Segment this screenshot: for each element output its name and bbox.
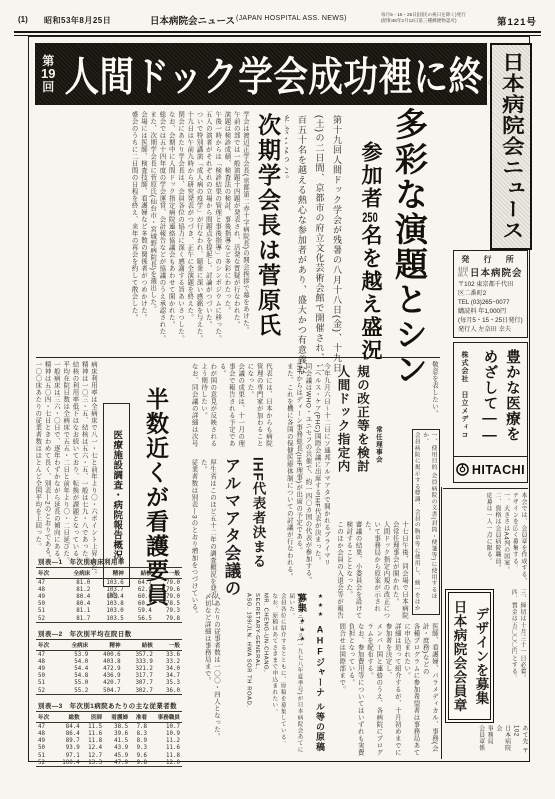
table-cell: 45.9 bbox=[104, 752, 130, 759]
badge-intro-column: 本会では、会員章を作成する。 bbox=[518, 492, 527, 586]
table-staff-per-hospital: 別表―3 年次別1病院あたりの主な従業者数 年次総数医師看護婦准看事務職員 47… bbox=[32, 701, 184, 767]
banner-headline: 人間ドック学会成功裡に終る bbox=[65, 45, 519, 102]
table-cell: 103.0 bbox=[92, 608, 126, 615]
right-column-divider bbox=[441, 487, 442, 759]
table-ref: 別表―3 bbox=[38, 703, 63, 710]
table-row: 5255.2504.7302.736.0 bbox=[36, 687, 182, 695]
table-cell: 50 bbox=[36, 601, 60, 608]
paper-title-en: (JAPAN HOSPITAL ASS. NEWS) bbox=[236, 15, 347, 22]
committee-headline-block: 人間ドック指定内 規の改正等を検討 常任理事会 bbox=[335, 365, 409, 517]
table-cell: 81.7 bbox=[60, 615, 93, 623]
table-header-cell: 総数 bbox=[55, 712, 82, 723]
table-ref: 別表―2 bbox=[38, 631, 63, 638]
table-header-cell: 一般 bbox=[154, 568, 182, 579]
table-cell: 51 bbox=[36, 680, 59, 687]
body-column: 十九日は午前九時から研究発表がつづき、正午に全演題を終えた。 bbox=[185, 111, 194, 355]
committee-headline-left: 規の改正等を検討 bbox=[354, 365, 369, 517]
newspaper-page: (1) 昭和53年8月25日 日本病院会ニュース (JAPAN HOSPITAL… bbox=[0, 0, 555, 799]
table-bed-utilization: 別表―1 年次別病床利用率 年次全病床精神結核一般 4781.0103.664.… bbox=[32, 557, 184, 623]
body-column: 盛会のうちに二日間の日程を終え、来年の再会を約して散会した。 bbox=[129, 111, 138, 355]
page-number: (1) bbox=[18, 15, 28, 24]
table-cell: 49 bbox=[36, 666, 59, 673]
usage-purpose-box: 一、使用目的 会員病院の文書(封筒・便箋等)に使用するほか、会員病院に掲示する標… bbox=[412, 429, 440, 615]
survey-series-label: 医療施設調査・病院報告概況 bbox=[112, 430, 122, 560]
body-column: ついで特別講演「成人病の疫学」が行なわれ、聴衆に深い感銘を与えた。 bbox=[194, 111, 203, 355]
table-cell: 8.9 bbox=[130, 738, 149, 745]
table-cell: 78.5 bbox=[154, 601, 182, 608]
issue-info: 毎月5・15・25日(国民の祝日を除く)発行 (昭和45年2月12日第三種郵便物… bbox=[381, 12, 466, 23]
table-title: 年次別平均在院日数 bbox=[70, 631, 132, 638]
ad-company: 株式会社 日立メディコ bbox=[459, 351, 469, 451]
body-column: 午後一時からは「検診結果の管理と事後指導」のシンポジウムに移った。 bbox=[213, 111, 222, 355]
misc-right-column: 詳細は追って紹介するが、十月初めまでに参加者を決定し、 bbox=[383, 623, 402, 757]
body-column: 五人の演者がそれぞれの立場から問題点を提起し、討論がつづいた。 bbox=[204, 111, 213, 355]
table-cell: 47 bbox=[36, 723, 55, 731]
body-column: 会場には医師、検査技師、看護婦など多数の関係者がつめかけた。 bbox=[139, 111, 148, 355]
table-cell: 51 bbox=[36, 752, 55, 759]
table-cell: 11.8 bbox=[82, 738, 104, 745]
table-cell: 81.2 bbox=[60, 586, 93, 593]
hitachi-logo-text: HITACHI bbox=[472, 463, 525, 477]
table-cell: 321.2 bbox=[123, 666, 155, 673]
banner-headline-block: 第 19 回 人間ドック学会成功裡に終る bbox=[35, 43, 487, 105]
table-cell: 52 bbox=[36, 615, 60, 623]
journal-body-column: MR. CHENG-UN-CHANG, bbox=[261, 593, 269, 757]
committee-body: 十七日午後、同会場で日本病院会常任理事会が開かれた。人間ドック指定内規の改正につ… bbox=[335, 521, 409, 619]
publisher-line: 区二番町2 bbox=[458, 290, 523, 299]
table-row: 52100.413.347.99.812.0 bbox=[36, 759, 182, 767]
table-cell: 54.0 bbox=[59, 658, 90, 665]
badge-bottom-column: 事務局 bbox=[485, 725, 494, 757]
table-header-cell: 一般 bbox=[155, 640, 182, 651]
journal-headline-right: AHFジャーナ bbox=[315, 624, 325, 697]
table-header-row: 年次全病床精神結核一般 bbox=[36, 640, 182, 651]
table-cell: 13.3 bbox=[82, 759, 104, 767]
table-cell: 8.3 bbox=[130, 730, 149, 737]
table-cell: 34.0 bbox=[155, 666, 182, 673]
table-header-cell: 医師 bbox=[82, 712, 104, 723]
header-rule bbox=[14, 31, 541, 36]
publisher-line: (毎月5・15・25日発行) bbox=[458, 317, 523, 326]
table-cell: 504.7 bbox=[90, 687, 122, 695]
next-chair-headline: 次期学会長は菅原氏 bbox=[253, 113, 285, 367]
hitachi-ad: 豊かな医療をめざして―― 株式会社 日立メディコ HITACHI bbox=[453, 342, 528, 483]
table-caption: 別表―3 年次別1病院あたりの主な従業者数 bbox=[38, 701, 184, 710]
table-row: 5197.112.745.99.611.8 bbox=[36, 752, 182, 759]
table-header-cell: 年次 bbox=[36, 712, 55, 723]
badge-bottom: あて先 〒102日本病院会事務局会員章係 bbox=[443, 725, 528, 757]
table-row: 5181.1103.059.479.3 bbox=[36, 608, 182, 615]
table-cell: 52 bbox=[36, 687, 59, 695]
table-row: 4854.0403.8333.933.2 bbox=[36, 658, 182, 665]
issue-info-line2: (昭和45年2月12日第三種郵便物認可) bbox=[381, 18, 457, 23]
table-cell: 47 bbox=[36, 651, 59, 659]
table-cell: 56.5 bbox=[126, 615, 154, 623]
table-header-cell: 全病床 bbox=[60, 568, 93, 579]
badge-bottom-column: あて先 〒102 bbox=[511, 725, 528, 757]
table-header-cell: 年次 bbox=[36, 640, 59, 651]
table-cell: 33.2 bbox=[155, 658, 182, 665]
table-row: 4980.4103.460.679.0 bbox=[36, 593, 182, 600]
misc-left-column: 〆切など詳細は事務局まで。 bbox=[202, 593, 211, 757]
badge-side: 三、締切は十月三十一日必着。四、賞金は五〇〇〇円とする。 bbox=[496, 589, 526, 721]
table-row: 4781.0103.664.779.0 bbox=[36, 579, 182, 587]
committee-body-column: このほか会員の入退会等が報告され、了承された。 bbox=[335, 521, 344, 619]
table-avg-stay: 別表―2 年次別平均在院日数 年次全病床精神結核一般 4753.9400.635… bbox=[32, 629, 184, 695]
subheadline-pre: 参加者 bbox=[359, 141, 382, 210]
table-cell: 9.3 bbox=[130, 745, 149, 752]
table-row: 4784.411.538.57.810.7 bbox=[36, 723, 182, 731]
badge-intro: 本会では、会員章を作成する。デザインを広く募集する。一、大きさはA4判の図案。二… bbox=[445, 492, 527, 586]
table-header-cell: 精神 bbox=[92, 568, 126, 579]
table-header-cell: 全病床 bbox=[59, 640, 90, 651]
table-body: 4753.9400.6357.233.64854.0403.8333.933.2… bbox=[36, 651, 182, 695]
table-cell: 302.7 bbox=[123, 687, 155, 695]
table-header-cell: 准看 bbox=[130, 712, 149, 723]
table-cell: 10.7 bbox=[149, 723, 182, 731]
edition-number: 19 bbox=[41, 67, 55, 81]
table-cell: 103.8 bbox=[92, 601, 126, 608]
table-cell: 11.8 bbox=[149, 752, 182, 759]
alma-ata-body: 今年九月六日〜十二日にソ連邦アルマアタで開かれるプライマリ・ヘルス・ケア(PHC… bbox=[279, 363, 331, 619]
table-cell: 472.9 bbox=[90, 666, 122, 673]
alma-body-column: IHFからはディーン事務総長(IHF理事)が出席の予定である。 bbox=[294, 363, 303, 619]
table-cell: 50 bbox=[36, 673, 59, 680]
journal-body-column: ▼AHPニュース(一九七八年夏季号)が日本病院会あてに届いた。 bbox=[286, 593, 303, 757]
publisher-line: 発行人 左奈田 幸夫 bbox=[458, 326, 523, 335]
table-cell: 357.2 bbox=[123, 651, 155, 659]
table-cell: 48 bbox=[36, 586, 60, 593]
misc-right-column: 各種プログラムに参加希望者は事務局あてに申込まれたい。 bbox=[402, 623, 421, 757]
table-header-cell: 看護婦 bbox=[104, 712, 130, 723]
badge-side-column: 四、賞金は五〇〇〇円とする。 bbox=[509, 589, 518, 721]
table-cell: 50 bbox=[36, 745, 55, 752]
table-cell: 403.8 bbox=[90, 658, 122, 665]
table-cell: 47.9 bbox=[104, 759, 130, 767]
badge-side-column: 三、締切は十月三十一日必着。 bbox=[517, 589, 526, 721]
table-cell: 7.8 bbox=[130, 723, 149, 731]
journal-body: ▼AHPニュース(一九七八年夏季号)が日本病院会あてに届いた。会員各位に紹介する… bbox=[225, 593, 303, 757]
table-header-cell: 事務職員 bbox=[149, 712, 182, 723]
table-cell: 9.8 bbox=[130, 759, 149, 767]
table-row: 4989.711.841.58.911.2 bbox=[36, 738, 182, 745]
journal-body-column: SECRETARY-GENERAL, bbox=[253, 593, 261, 757]
table-cell: 51 bbox=[36, 608, 60, 615]
masthead-title: 日本病院会ニュース bbox=[495, 52, 527, 241]
usage-line: 会員病院に掲示する標識、会員の胸章等に使用し、統一をはかる。 bbox=[415, 432, 420, 612]
closing-text: 敬意を表したい。 bbox=[430, 361, 439, 427]
table-row: 4753.9400.6357.233.6 bbox=[36, 651, 182, 659]
table-cell: 79.0 bbox=[154, 593, 182, 600]
misc-right-column: 医師、看護婦、パラメディカル、事務(会計・庶務)などの bbox=[420, 623, 439, 757]
table-cell: 33.6 bbox=[155, 651, 182, 659]
page-header: (1) 昭和53年8月25日 日本病院会ニュース (JAPAN HOSPITAL… bbox=[0, 12, 555, 32]
table-cell: 81.0 bbox=[60, 579, 93, 587]
body-column: なお、会期中に人間ドック指定病院連絡協議会もあわせて開かれた。 bbox=[166, 111, 175, 355]
table-cell: 35.3 bbox=[155, 680, 182, 687]
table: 年次全病床精神結核一般 4781.0103.664.779.04881.2103… bbox=[36, 567, 182, 623]
badge-headline-right: 日本病院会会員章 bbox=[449, 600, 469, 712]
alma-more-column: 会議の成果は、十一月の理事会で報告される予定である。 bbox=[217, 363, 245, 453]
table-cell: 333.9 bbox=[123, 658, 155, 665]
badge-bottom-column: 日本病院会 bbox=[493, 725, 510, 757]
table-cell: 79.8 bbox=[154, 615, 182, 623]
table-cell: 317.7 bbox=[123, 673, 155, 680]
journal-body-column: 会員各位に紹介するとともに、原稿を募集している。 bbox=[278, 593, 286, 757]
table-cell: 79.0 bbox=[154, 579, 182, 587]
misc-right-column: 問合せは国際部まで。 bbox=[337, 623, 346, 757]
table-cell: 55.0 bbox=[59, 680, 90, 687]
body-column: 学会は渡辺正学会長(京都第二赤十字病院長)の開会挨拶で幕をあけた。 bbox=[241, 111, 250, 355]
paper-title-jp: 日本病院会ニュース bbox=[150, 13, 235, 27]
alma-more-column: なお、同会議の詳細は次号で紹介する。 bbox=[189, 363, 199, 453]
badge-intro-column: デザインを広く募集する。 bbox=[510, 492, 519, 586]
badge-intro-column: 二、資格は会員病院職員。 bbox=[492, 492, 501, 586]
badge-intro-column: 一、大きさはA4判の図案。 bbox=[501, 492, 510, 586]
misc-right-column: なお、参加費用等についてはいずれも実費負担となっている。 bbox=[346, 623, 365, 757]
misc-right-column: メンバー国と連絡のうえ、各病院にプログラムを配布する。 bbox=[365, 623, 384, 757]
main-article-body: 学会は渡辺正学会長(京都第二赤十字病院長)の開会挨拶で幕をあけた。午前の部では一… bbox=[36, 111, 250, 355]
table-cell: 103.5 bbox=[92, 615, 126, 623]
lead-paragraph: 第十九回人間ドック学会が残暑の八月十八日(金)、十九日(土)の二日間、京都市の府… bbox=[285, 115, 345, 379]
table-cell: 52 bbox=[36, 759, 55, 767]
publisher-org-name: 日本病院会 bbox=[470, 267, 523, 281]
table-cell: 84.4 bbox=[55, 723, 82, 731]
section-divider bbox=[36, 357, 440, 358]
table-cell: 43.9 bbox=[104, 745, 130, 752]
table-cell: 59.4 bbox=[126, 608, 154, 615]
table-cell: 54.8 bbox=[59, 673, 90, 680]
misc-left-column: 人あたりの従事者数は一〇〇・四人となった。 bbox=[212, 593, 221, 757]
journal-body-column: なお、原稿はあてさきまで申込まれたい。 bbox=[269, 593, 277, 757]
hitachi-logo-icon bbox=[456, 463, 469, 476]
table-cell: 103.4 bbox=[92, 593, 126, 600]
table-cell: 89.7 bbox=[55, 738, 82, 745]
issue-date: 昭和53年8月25日 bbox=[44, 15, 111, 26]
table-cell: 47 bbox=[36, 579, 60, 587]
table-cell: 420.7 bbox=[90, 680, 122, 687]
table-cell: 48 bbox=[36, 730, 55, 737]
table-header-row: 年次総数医師看護婦准看事務職員 bbox=[36, 712, 182, 723]
table-cell: 400.6 bbox=[90, 651, 122, 659]
alma-more-column: わが国の意見が反映されるよう期待したい。 bbox=[199, 363, 218, 453]
table-cell: 49 bbox=[36, 738, 55, 745]
table-cell: 11.5 bbox=[82, 723, 104, 731]
edition-label: 第 19 回 bbox=[41, 55, 55, 94]
table-cell: 80.4 bbox=[60, 593, 93, 600]
table-title: 年次別病床利用率 bbox=[70, 559, 125, 566]
body-column: 午前の部では一般演題十四題が発表され、活発な質疑が行なわれた。 bbox=[231, 111, 240, 355]
subheadline-number: 250 bbox=[362, 210, 378, 224]
publisher-label: 発 行 所 bbox=[458, 254, 523, 266]
publisher-line: 〒102 東京都千代田 bbox=[458, 281, 523, 290]
table-header-row: 年次全病床精神結核一般 bbox=[36, 568, 182, 579]
table-cell: 53.9 bbox=[59, 651, 90, 659]
badge-intro-column: 応募は一人一点に限る。 bbox=[484, 492, 493, 586]
table-cell: 12.4 bbox=[82, 745, 104, 752]
table-cell: 34.7 bbox=[155, 673, 182, 680]
table-header-cell: 結核 bbox=[126, 568, 154, 579]
table-cell: 79.6 bbox=[154, 586, 182, 593]
statistics-tables: 別表―1 年次別病床利用率 年次全病床精神結核一般 4781.0103.664.… bbox=[32, 557, 184, 757]
masthead-box: 日本病院会ニュース bbox=[490, 43, 532, 250]
table-cell: 100.4 bbox=[55, 759, 82, 767]
table-ref: 別表―1 bbox=[38, 559, 63, 566]
table-cell: 11.6 bbox=[149, 745, 182, 752]
publisher-org-row: 社団 法人 日本病院会 bbox=[458, 267, 523, 281]
table: 年次全病床精神結核一般 4753.9400.6357.233.64854.040… bbox=[36, 639, 182, 695]
alma-body-column: 同会議はWHO・ユニセフの共催で、約一四〇カ国の代表が参加する。 bbox=[303, 363, 312, 619]
table-row: 5054.8436.9317.734.7 bbox=[36, 673, 182, 680]
usage-lines: 一、使用目的 会員病院の文書(封筒・便箋等)に使用するほか、会員病院に掲示する標… bbox=[415, 432, 437, 612]
usage-line: 一、使用目的 会員病院の文書(封筒・便箋等)に使用するほか、 bbox=[420, 432, 437, 612]
table-cell: 48 bbox=[36, 658, 59, 665]
table-cell: 41.5 bbox=[104, 738, 130, 745]
table-cell: 103.7 bbox=[92, 586, 126, 593]
journal-stars-top: ★★★ bbox=[317, 593, 323, 620]
content-frame: 第 19 回 人間ドック学会成功裡に終る 日本病院会ニュース 発 行 所 社団 … bbox=[28, 36, 530, 762]
hitachi-ad-body: 豊かな医療をめざして―― 株式会社 日立メディコ bbox=[454, 343, 527, 456]
table-cell: 103.6 bbox=[92, 579, 126, 587]
table-row: 5080.4103.860.378.5 bbox=[36, 601, 182, 608]
subheadline-post: 名を越え盛況 bbox=[359, 224, 382, 362]
badge-recruit-article: 本会では、会員章を作成する。デザインを広く募集する。一、大きさはA4判の図案。二… bbox=[443, 488, 528, 759]
table-cell: 307.7 bbox=[123, 680, 155, 687]
table-header-cell: 結核 bbox=[123, 640, 155, 651]
table-cell: 436.9 bbox=[90, 673, 122, 680]
table-cell: 36.0 bbox=[155, 687, 182, 695]
table-body: 4784.411.538.57.810.74886.411.639.68.310… bbox=[36, 723, 182, 767]
badge-headline-left: デザインを募集 bbox=[471, 607, 491, 705]
table-cell: 55.2 bbox=[59, 687, 90, 695]
table-cell: 60.3 bbox=[126, 601, 154, 608]
table-title: 年次別1病院あたりの主な従業者数 bbox=[70, 703, 177, 710]
table-cell: 12.7 bbox=[82, 752, 104, 759]
committee-body-column: 審議の結果、小委員会を設けて検討することとなった。 bbox=[344, 521, 363, 619]
alma-more-column: 代表には、日本からも病院管理の専門家が加わることになった。 bbox=[245, 363, 273, 453]
table-row: 4954.4472.9321.234.0 bbox=[36, 666, 182, 673]
badge-bottom-column: 会員章係 bbox=[476, 725, 485, 757]
table-header-cell: 精神 bbox=[90, 640, 122, 651]
misc-right-columns: 医師、看護婦、パラメディカル、事務(会計・庶務)などの各種プログラムに参加希望者… bbox=[333, 623, 439, 757]
table-cell: 49 bbox=[36, 593, 60, 600]
table-cell: 97.1 bbox=[55, 752, 82, 759]
issue-info-line1: 毎月5・15・25日(国民の祝日を除く)発行 bbox=[381, 12, 466, 17]
table-caption: 別表―1 年次別病床利用率 bbox=[38, 557, 184, 566]
alma-body-column: 今年九月六日〜十二日にソ連邦アルマアタで開かれるプライマリ bbox=[322, 363, 331, 619]
body-column: また、次期学会長に菅原氏(仙台市・宮城野病院長)を選出した。 bbox=[148, 111, 157, 355]
table-cell: 60.6 bbox=[126, 593, 154, 600]
journal-body-column: ASG. 199/JLN. HWA SOR TH ROAD. bbox=[244, 593, 252, 757]
body-column: 演題は検診成績、検査法の検討、事後指導など多彩にわたった。 bbox=[222, 111, 231, 355]
table-cell: 93.9 bbox=[55, 745, 82, 752]
table-header-cell: 年次 bbox=[36, 568, 60, 579]
table-cell: 79.3 bbox=[154, 608, 182, 615]
table-cell: 11.6 bbox=[82, 730, 104, 737]
table-cell: 12.0 bbox=[149, 759, 182, 767]
table-cell: 11.2 bbox=[149, 738, 182, 745]
table-cell: 9.6 bbox=[130, 752, 149, 759]
committee-body-column: 十七日午後、同会場で日本病院会常任理事会が開かれた。 bbox=[390, 521, 409, 619]
table-row: 4886.411.639.68.310.9 bbox=[36, 730, 182, 737]
committee-body-column: 人間ドック指定内規の改正について事務局から原案が示された。 bbox=[363, 521, 391, 619]
table-cell: 81.1 bbox=[60, 608, 93, 615]
table-row: 4881.2103.762.979.6 bbox=[36, 586, 182, 593]
publisher-lines: 〒102 東京都千代田区二番町2TEL (03)265−0077購読料 年1,0… bbox=[458, 281, 523, 335]
table-cell: 80.4 bbox=[60, 601, 93, 608]
publisher-line: 購読料 年1,000円 bbox=[458, 308, 523, 317]
table-cell: 10.9 bbox=[149, 730, 182, 737]
table-cell: 64.7 bbox=[126, 579, 154, 587]
table-caption: 別表―2 年次別平均在院日数 bbox=[38, 629, 184, 638]
closing-column: 敬意を表したい。 bbox=[425, 361, 439, 427]
publisher-org-prefix: 社団 法人 bbox=[458, 268, 468, 279]
table-cell: 54.4 bbox=[59, 666, 90, 673]
edition-bottom: 回 bbox=[42, 81, 54, 94]
issue-number: 第121号 bbox=[497, 14, 537, 28]
ad-slogan: 豊かな医療をめざして―― bbox=[478, 349, 523, 453]
table-row: 5093.912.443.99.311.6 bbox=[36, 745, 182, 752]
table-cell: 62.9 bbox=[126, 586, 154, 593]
body-column: 総会では五十四年度の学会運営、会計報告などが協議のうえ承認された。 bbox=[157, 111, 166, 355]
hitachi-logo: HITACHI bbox=[454, 456, 527, 482]
table-cell: 39.6 bbox=[104, 730, 130, 737]
body-column: 閉会にあたり学会長は、会員各位の協力に深く感謝する旨あいさつした。 bbox=[176, 111, 185, 355]
badge-headline-box: 日本病院会会員章 デザインを募集 bbox=[445, 589, 494, 723]
journal-notice: ★★★ AHFジャーナ ル等の原稿募集 ★★★ ▼AHPニュース(一九七八年夏季… bbox=[225, 593, 331, 757]
publisher-line: TEL (03)265−0077 bbox=[458, 299, 523, 308]
publisher-box: 発 行 所 社団 法人 日本病院会 〒102 東京都千代田区二番町2TEL (0… bbox=[453, 250, 528, 338]
table-cell: 38.5 bbox=[104, 723, 130, 731]
alma-body-column: ・ヘルス・ケア(PHC)国際会議に出席するIHF代表が決まった。 bbox=[312, 363, 321, 619]
misc-left-columns: 人あたりの従事者数は一〇〇・四人となった。〆切など詳細は事務局まで。 bbox=[189, 593, 221, 757]
committee-headline-right: 人間ドック指定内 bbox=[335, 365, 350, 517]
table-row: 5281.7103.556.579.8 bbox=[36, 615, 182, 623]
table-cell: 86.4 bbox=[55, 730, 82, 737]
table-row: 5155.0420.7307.735.3 bbox=[36, 680, 182, 687]
table-body: 4781.0103.664.779.04881.2103.762.979.649… bbox=[36, 579, 182, 623]
table: 年次総数医師看護婦准看事務職員 4784.411.538.57.810.7488… bbox=[36, 711, 182, 767]
alma-body-column: また、これを機に各国の保健医療体制についての討議が行なわれる。 bbox=[285, 363, 294, 619]
alma-ata-body-more: 代表には、日本からも病院管理の専門家が加わることになった。会議の成果は、十一月の… bbox=[189, 363, 273, 453]
committee-kicker: 常任理事会 bbox=[374, 426, 383, 517]
